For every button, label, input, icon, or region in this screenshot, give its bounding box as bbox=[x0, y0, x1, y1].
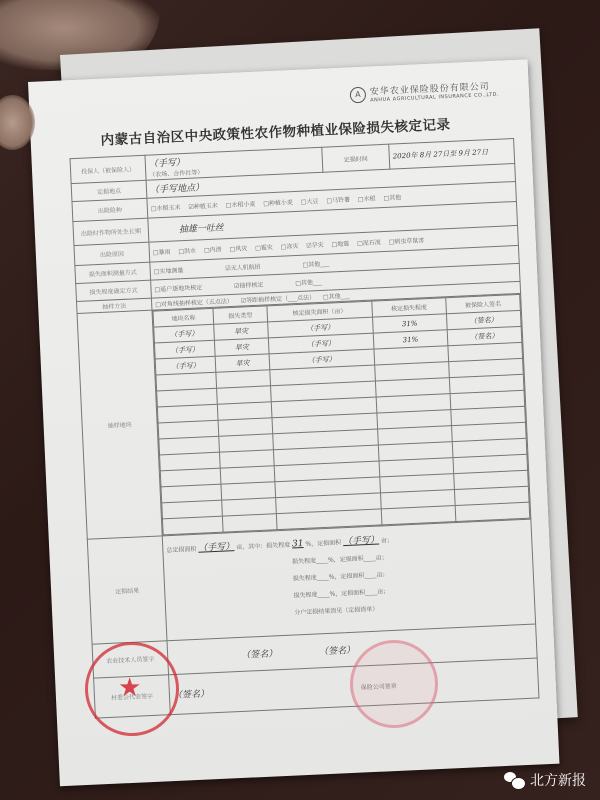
watermark-text: 北方新报 bbox=[530, 770, 586, 790]
star-icon: ★ bbox=[118, 673, 141, 703]
area-option[interactable]: □实地测量 bbox=[154, 267, 184, 275]
table-cell bbox=[381, 506, 456, 525]
official-stamp-left: ★ bbox=[85, 642, 179, 736]
assessed-area-value: （手写） bbox=[343, 536, 379, 548]
cause-option[interactable]: □地震 bbox=[331, 241, 349, 249]
sample-plot-table: 地块名称 损失类型 核定损失面积（亩） 核定损失程度 被保险人签名 （手写）旱灾… bbox=[152, 294, 530, 535]
disaster-option[interactable]: □水稻 bbox=[358, 195, 376, 203]
cause-option[interactable]: □内涝 bbox=[204, 246, 222, 254]
wechat-icon bbox=[504, 772, 524, 788]
company-header: A 安华农业保险股份有限公司 ANHUA AGRICULTURAL INSURA… bbox=[369, 79, 499, 104]
area-option[interactable]: ☑无人机航拍 bbox=[225, 264, 261, 273]
table-cell bbox=[223, 514, 277, 532]
official-stamp-right bbox=[350, 640, 438, 728]
signature: （签名） bbox=[241, 649, 277, 661]
cause-option[interactable]: □风灾 bbox=[229, 245, 247, 253]
cause-option[interactable]: □雹灾 bbox=[255, 244, 273, 252]
crop-stage-label: 出险时作物所处生长期 bbox=[73, 218, 149, 245]
cause-option[interactable]: □暴雨 bbox=[153, 249, 171, 257]
disaster-option[interactable]: □大豆 bbox=[301, 198, 319, 206]
result-label: 定损结果 bbox=[87, 536, 167, 644]
date-label: 定损时间 bbox=[322, 144, 390, 172]
area-option[interactable]: □其他___ bbox=[302, 261, 329, 269]
cause-option[interactable]: □病虫草鼠害 bbox=[389, 237, 425, 246]
disaster-option[interactable]: □种植小麦 bbox=[263, 199, 293, 207]
insured-label: 投保人（被保险人） bbox=[70, 155, 146, 183]
degree-option[interactable]: ☑抽样核定 bbox=[234, 282, 264, 290]
disaster-option[interactable]: □水稻小麦 bbox=[226, 201, 256, 209]
cause-option[interactable]: □冻灾 bbox=[281, 243, 299, 251]
watermark: 北方新报 bbox=[504, 770, 586, 790]
disaster-option[interactable]: □其他 bbox=[383, 194, 401, 202]
table-cell bbox=[455, 502, 530, 521]
disaster-option[interactable]: □水稻玉米 bbox=[151, 204, 181, 212]
insured-value: （手写） bbox=[149, 158, 185, 170]
sample-section-label: 抽样地块 bbox=[77, 310, 162, 539]
cause-option[interactable]: □泥石流 bbox=[357, 239, 381, 247]
loss-pct-value: 31 bbox=[292, 539, 304, 550]
total-area-value: （手写） bbox=[198, 542, 234, 554]
disaster-option[interactable]: ☑种植玉米 bbox=[188, 203, 218, 211]
cause-option[interactable]: ☑旱灾 bbox=[306, 242, 324, 250]
table-cell bbox=[162, 516, 223, 535]
cause-option[interactable]: □洪水 bbox=[178, 248, 196, 256]
sampling-option[interactable]: □其他___ bbox=[323, 293, 350, 301]
signature: （签名） bbox=[319, 646, 355, 658]
degree-option[interactable]: □遥户逐地块核定 bbox=[154, 284, 202, 293]
degree-option[interactable]: □其他___ bbox=[295, 279, 322, 287]
loss-assessment-table: 投保人（被保险人） （手写）（农场、合作社等） 定损时间 2020年 8月 27… bbox=[69, 138, 539, 719]
company-logo-icon: A bbox=[350, 87, 367, 104]
location-value: （手写地点） bbox=[150, 183, 204, 195]
crop-stage-value: 抽雄一吐丝 bbox=[179, 223, 224, 235]
disaster-option[interactable]: □马铃薯 bbox=[326, 197, 350, 205]
date-value: 2020年 8月 27日至 9月 27日 bbox=[393, 148, 489, 160]
